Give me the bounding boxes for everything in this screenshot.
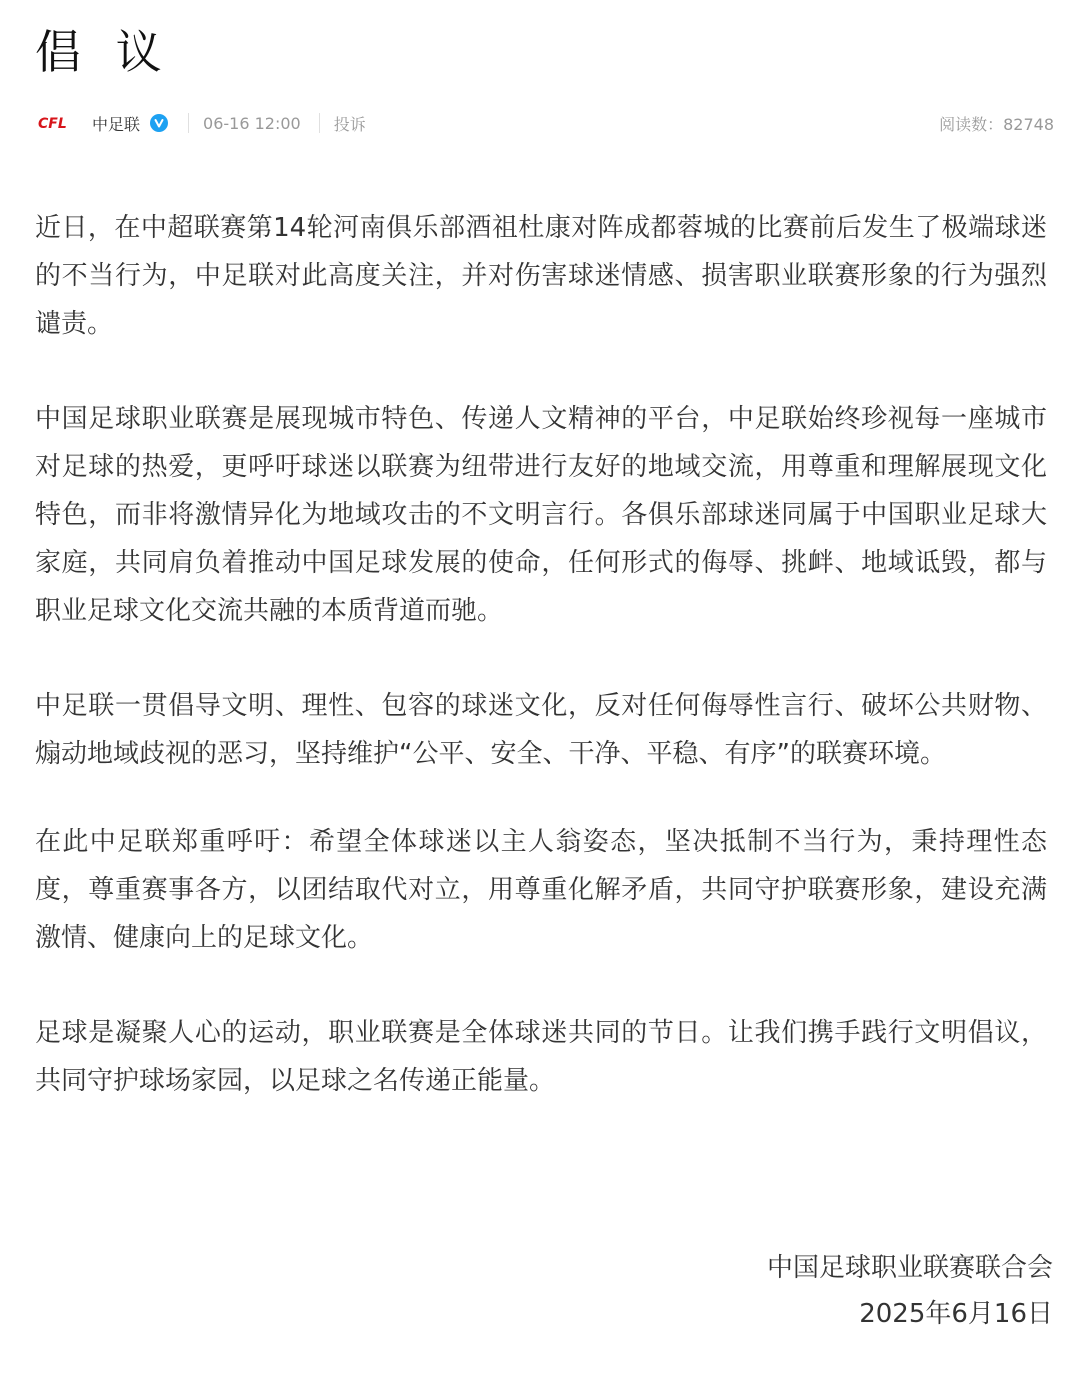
signature-organization: 中国足球职业联赛联合会 [767, 1245, 1053, 1291]
report-link[interactable]: 投诉 [334, 112, 366, 135]
read-count: 阅读数：82748 [939, 112, 1054, 135]
article-title: 倡 议 [35, 22, 172, 82]
paragraph: 中国足球职业联赛是展现城市特色、传递人文精神的平台，中足联始终珍视每一座城市对足… [35, 395, 1047, 635]
signature-date: 2025年6月16日 [767, 1291, 1053, 1337]
svg-text:CFL: CFL [38, 116, 67, 131]
verified-badge-icon [150, 114, 168, 132]
article-meta: CFL 中足联 06-16 12:00 投诉 阅读数：82748 [38, 108, 1054, 138]
signature-block: 中国足球职业联赛联合会 2025年6月16日 [767, 1245, 1053, 1337]
cfl-logo-icon[interactable]: CFL [38, 115, 74, 131]
author-name[interactable]: 中足联 [92, 112, 140, 135]
paragraph: 足球是凝聚人心的运动，职业联赛是全体球迷共同的节日。让我们携手践行文明倡议，共同… [35, 1009, 1047, 1105]
read-count-value: 82748 [1003, 115, 1054, 134]
read-count-label: 阅读数： [939, 115, 1003, 134]
paragraph: 中足联一贯倡导文明、理性、包容的球迷文化，反对任何侮辱性言行、破坏公共财物、煽动… [35, 682, 1047, 778]
article-body: 近日，在中超联赛第14轮河南俱乐部酒祖杜康对阵成都蓉城的比赛前后发生了极端球迷的… [35, 204, 1047, 1152]
paragraph: 近日，在中超联赛第14轮河南俱乐部酒祖杜康对阵成都蓉城的比赛前后发生了极端球迷的… [35, 204, 1047, 348]
meta-divider [188, 113, 189, 133]
meta-divider [319, 113, 320, 133]
paragraph: 在此中足联郑重呼吁：希望全体球迷以主人翁姿态，坚决抵制不当行为，秉持理性态度，尊… [35, 818, 1047, 962]
publish-time: 06-16 12:00 [203, 114, 301, 133]
